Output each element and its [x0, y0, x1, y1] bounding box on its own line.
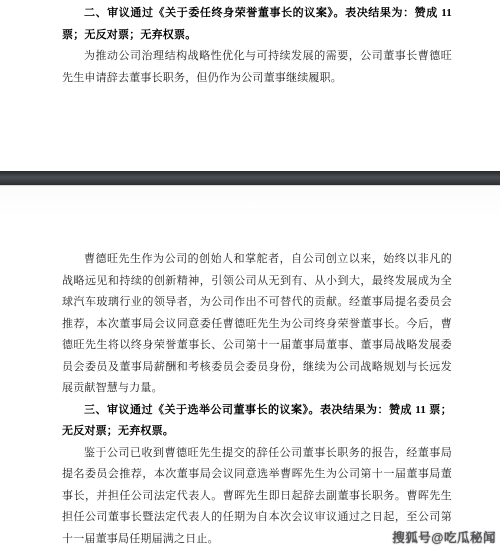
paragraph-honorary-chairman-appointment: 曹德旺先生作为公司的创始人和掌舵者，自公司创立以来，始终以非凡的战略远见和持续的… [62, 249, 452, 400]
document-page-2: 曹德旺先生作为公司的创始人和掌舵者，自公司创立以来，始终以非凡的战略远见和持续的… [0, 186, 500, 550]
resolution-heading-item-2: 二、审议通过《关于委任终身荣誉董事长的议案》。表决结果为：赞成 11 票；无反对… [62, 3, 452, 46]
document-viewer: 二、审议通过《关于委任终身荣誉董事长的议案》。表决结果为：赞成 11 票；无反对… [0, 0, 500, 550]
document-page-1: 二、审议通过《关于委任终身荣誉董事长的议案》。表决结果为：赞成 11 票；无反对… [0, 0, 500, 171]
resolution-heading-item-3: 三、审议通过《关于选举公司董事长的议案》。表决结果为：赞成 11 票；无反对票；… [62, 400, 452, 443]
paragraph-chairman-resignation: 为推动公司治理结构战略性优化与可持续发展的需要，公司董事长曹德旺先生申请辞去董事… [62, 46, 452, 89]
sohu-account-watermark: 搜狐号@吃瓜秘闻 [392, 528, 496, 546]
page-separator-bar [0, 171, 500, 186]
